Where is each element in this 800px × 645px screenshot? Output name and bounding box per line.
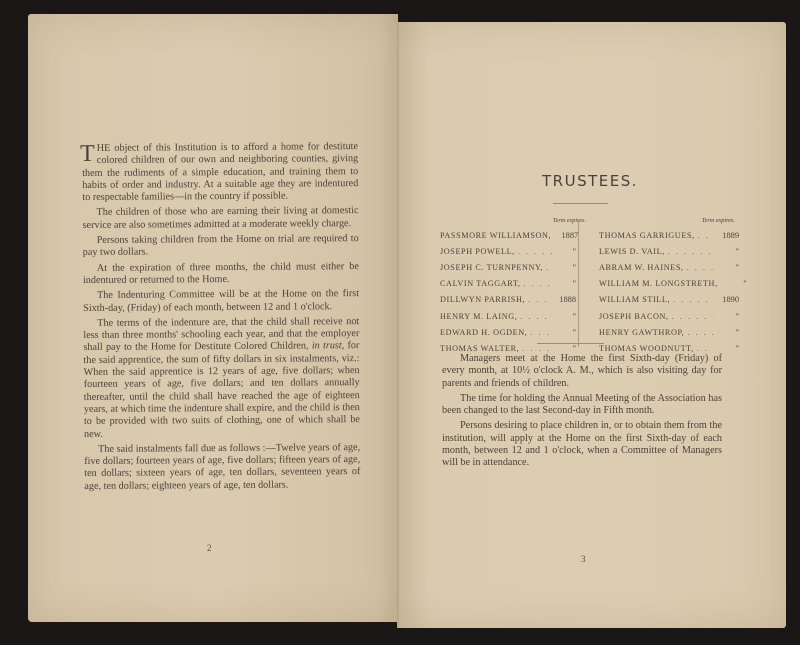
annual-meeting-paragraph: The time for holding the Annual Meeting …	[442, 393, 722, 418]
section-divider	[537, 343, 604, 344]
left-page-body: THE object of this Institution is to aff…	[82, 141, 360, 496]
page-title: TRUSTEES.	[420, 172, 760, 190]
trustee-row: HENRY GAWTHROP,. . . . . . . ."	[599, 324, 749, 340]
trustee-row: WILLIAM STILL,. . . . . . . .1890	[599, 292, 749, 308]
trustee-row: HENRY M. LAING,. . . . . . . ."	[440, 308, 576, 324]
title-divider	[553, 203, 608, 204]
column-divider	[578, 219, 579, 347]
term-expires-header: Term expires.	[599, 217, 749, 224]
placement-paragraph: Persons desiring to place children in, o…	[442, 420, 722, 469]
indenture-terms-paragraph: The terms of the indenture are, that the…	[83, 316, 360, 441]
instalments-paragraph: The said instalments fall due as follows…	[84, 442, 360, 493]
trustee-row: JOSEPH C. TURNPENNY,. . . . . . . ."	[440, 259, 576, 275]
trial-fee-paragraph: Persons taking children from the Home on…	[83, 233, 359, 260]
trustee-row: WILLIAM M. LONGSTRETH,. . . . . . . ."	[599, 276, 749, 292]
expiration-paragraph: At the expiration of three months, the c…	[83, 261, 359, 288]
trustee-row: JOSEPH POWELL,. . . . . . . ."	[440, 243, 576, 259]
managers-meeting-paragraph: Managers meet at the Home the first Sixt…	[442, 353, 722, 390]
trustee-row: JOSEPH BACON,. . . . . . . ."	[599, 308, 749, 324]
domestic-service-paragraph: The children of those who are earning th…	[82, 206, 358, 233]
drop-cap: T	[80, 143, 95, 164]
intro-paragraph: THE object of this Institution is to aff…	[82, 141, 358, 204]
page-number-left: 2	[207, 543, 212, 553]
trustees-column-right: Term expires. THOMAS GARRIGUES,. . . . .…	[599, 217, 749, 357]
trustee-row: PASSMORE WILLIAMSON,. . . . . . . .1887	[440, 227, 576, 243]
trustee-row: EDWARD H. OGDEN,. . . . . . . ."	[440, 324, 576, 340]
book-gutter	[397, 22, 399, 628]
page-number-right: 3	[581, 554, 586, 564]
right-page-body: Managers meet at the Home the first Sixt…	[442, 353, 722, 473]
trustees-column-left: Term expires. PASSMORE WILLIAMSON,. . . …	[440, 217, 588, 357]
trustee-row: CALVIN TAGGART,. . . . . . . ."	[440, 276, 576, 292]
trustee-row: DILLWYN PARRISH,. . . . . . . .1888	[440, 292, 576, 308]
committee-paragraph: The Indenturing Committee will be at the…	[83, 288, 359, 315]
trustee-row: ABRAM W. HAINES,. . . . . . . ."	[599, 259, 749, 275]
trustee-row: THOMAS GARRIGUES,. . . . . . . .1889	[599, 227, 749, 243]
trustee-row: LEWIS D. VAIL,. . . . . . . ."	[599, 243, 749, 259]
term-expires-header: Term expires.	[440, 217, 588, 224]
